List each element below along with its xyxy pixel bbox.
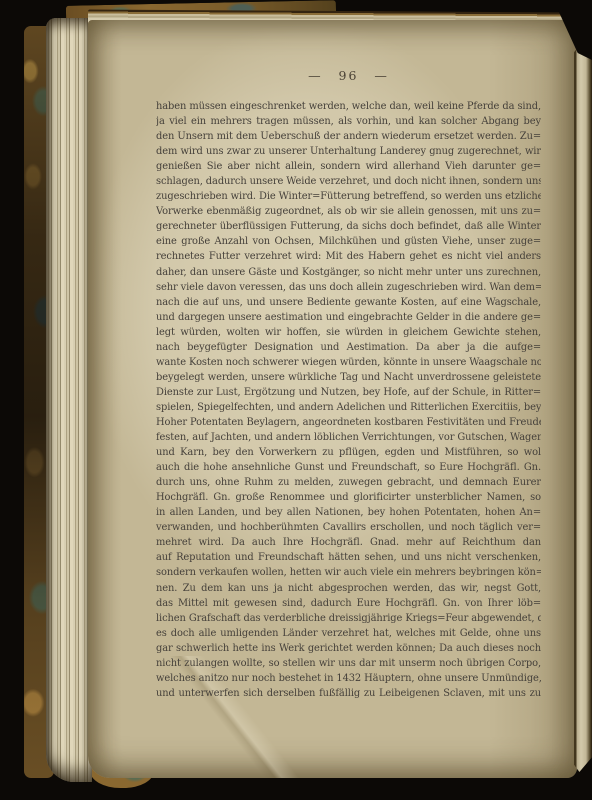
text-line: haben müssen eingeschrenket werden, welc… bbox=[156, 99, 541, 114]
text-line: Dienste zur Lust, Ergötzung und Nutzen, … bbox=[156, 385, 541, 400]
text-line: Hochgräfl. Gn. große Renommee und glorif… bbox=[156, 490, 541, 505]
text-line: genießen Sie aber nicht allein, sondern … bbox=[156, 159, 541, 174]
text-line: nach beygefügter Designation und Aestima… bbox=[156, 340, 541, 355]
text-line: legt würden, wolten wir hoffen, sie würd… bbox=[156, 325, 541, 340]
text-line: festen, auf Jachten, und andern löbliche… bbox=[156, 430, 541, 445]
text-line: sondern verkaufen wollen, hetten wir auc… bbox=[156, 565, 541, 580]
text-line: sehr viele davon veressen, das uns doch … bbox=[156, 280, 541, 295]
text-line: mehret wird. Da auch Ihre Hochgräfl. Gna… bbox=[156, 535, 541, 550]
text-line: Vorwerke ebenmäßig zugeordnet, als ob wi… bbox=[156, 204, 541, 219]
text-line: rechnetes Futter verzehret wird: Mit des… bbox=[156, 249, 541, 264]
text-line: spielen, Spiegelfechten, und andern Adel… bbox=[156, 400, 541, 415]
text-line: und dargegen unsere aestimation und eing… bbox=[156, 310, 541, 325]
text-line: nicht zulangen wollte, so stellen wir un… bbox=[156, 656, 541, 671]
next-page-fore-edge bbox=[574, 30, 592, 772]
text-line: schlagen, dadurch unsere Weide verzehret… bbox=[156, 174, 541, 189]
text-line: Hoher Potentaten Beylagern, angeordneten… bbox=[156, 415, 541, 430]
text-line: den Unsern mit dem Ueberschuß der andern… bbox=[156, 129, 541, 144]
text-line: eine große Anzahl von Ochsen, Milchkühen… bbox=[156, 234, 541, 249]
text-line: in allen Landen, und bey allen Nationen,… bbox=[156, 505, 541, 520]
text-line: beygelegt werden, unsere würkliche Tag u… bbox=[156, 370, 541, 385]
body-text-block: haben müssen eingeschrenket werden, welc… bbox=[156, 99, 541, 701]
text-line: gerechneter überflüssigen Futterung, da … bbox=[156, 219, 541, 234]
text-line: ja viel ein mehrers tragen müssen, als v… bbox=[156, 114, 541, 129]
page-number: — 96 — bbox=[157, 68, 540, 83]
text-line: und Karn, bey den Vorwerkern zu pflügen,… bbox=[156, 445, 541, 460]
text-line: auf Reputation und Freundschaft hätten s… bbox=[156, 550, 541, 565]
text-line: daher, dan unsere Gäste und Kostgänger, … bbox=[156, 265, 541, 280]
text-line: welches anitzo nur noch bestehet in 1432… bbox=[156, 671, 541, 686]
text-line: durch uns, ohne Ruhm zu melden, zuwegen … bbox=[156, 475, 541, 490]
text-line: nen. Zu dem kan uns ja nicht abgesproche… bbox=[156, 581, 541, 596]
text-line: und unterwerfen sich derselben fußfällig… bbox=[156, 686, 541, 701]
text-line: auch die hohe ansehnliche Gunst und Freu… bbox=[156, 460, 541, 475]
text-line: das Mittel mit gewesen sind, dadurch Eur… bbox=[156, 596, 541, 611]
text-line: gar schwerlich hette ins Werk gerichtet … bbox=[156, 641, 541, 656]
text-line: nach die auf uns, und unsere Bediente ge… bbox=[156, 295, 541, 310]
page-edges-stack-left bbox=[46, 18, 92, 782]
text-line: es doch alle umligenden Länder verzehret… bbox=[156, 626, 541, 641]
text-line: dem wird uns zwar zu unserer Unterhaltun… bbox=[156, 144, 541, 159]
text-line: wante Kosten noch schwerer wiegen würden… bbox=[156, 355, 541, 370]
text-line: zugeschrieben wird. Die Winter=Fütterung… bbox=[156, 189, 541, 204]
book-photo: — 96 — haben müssen eingeschrenket werde… bbox=[0, 0, 592, 800]
text-line: lichen Grafschaft das verderbliche dreis… bbox=[156, 611, 541, 626]
text-line: verwanden, und hochberühmten Cavallirs e… bbox=[156, 520, 541, 535]
